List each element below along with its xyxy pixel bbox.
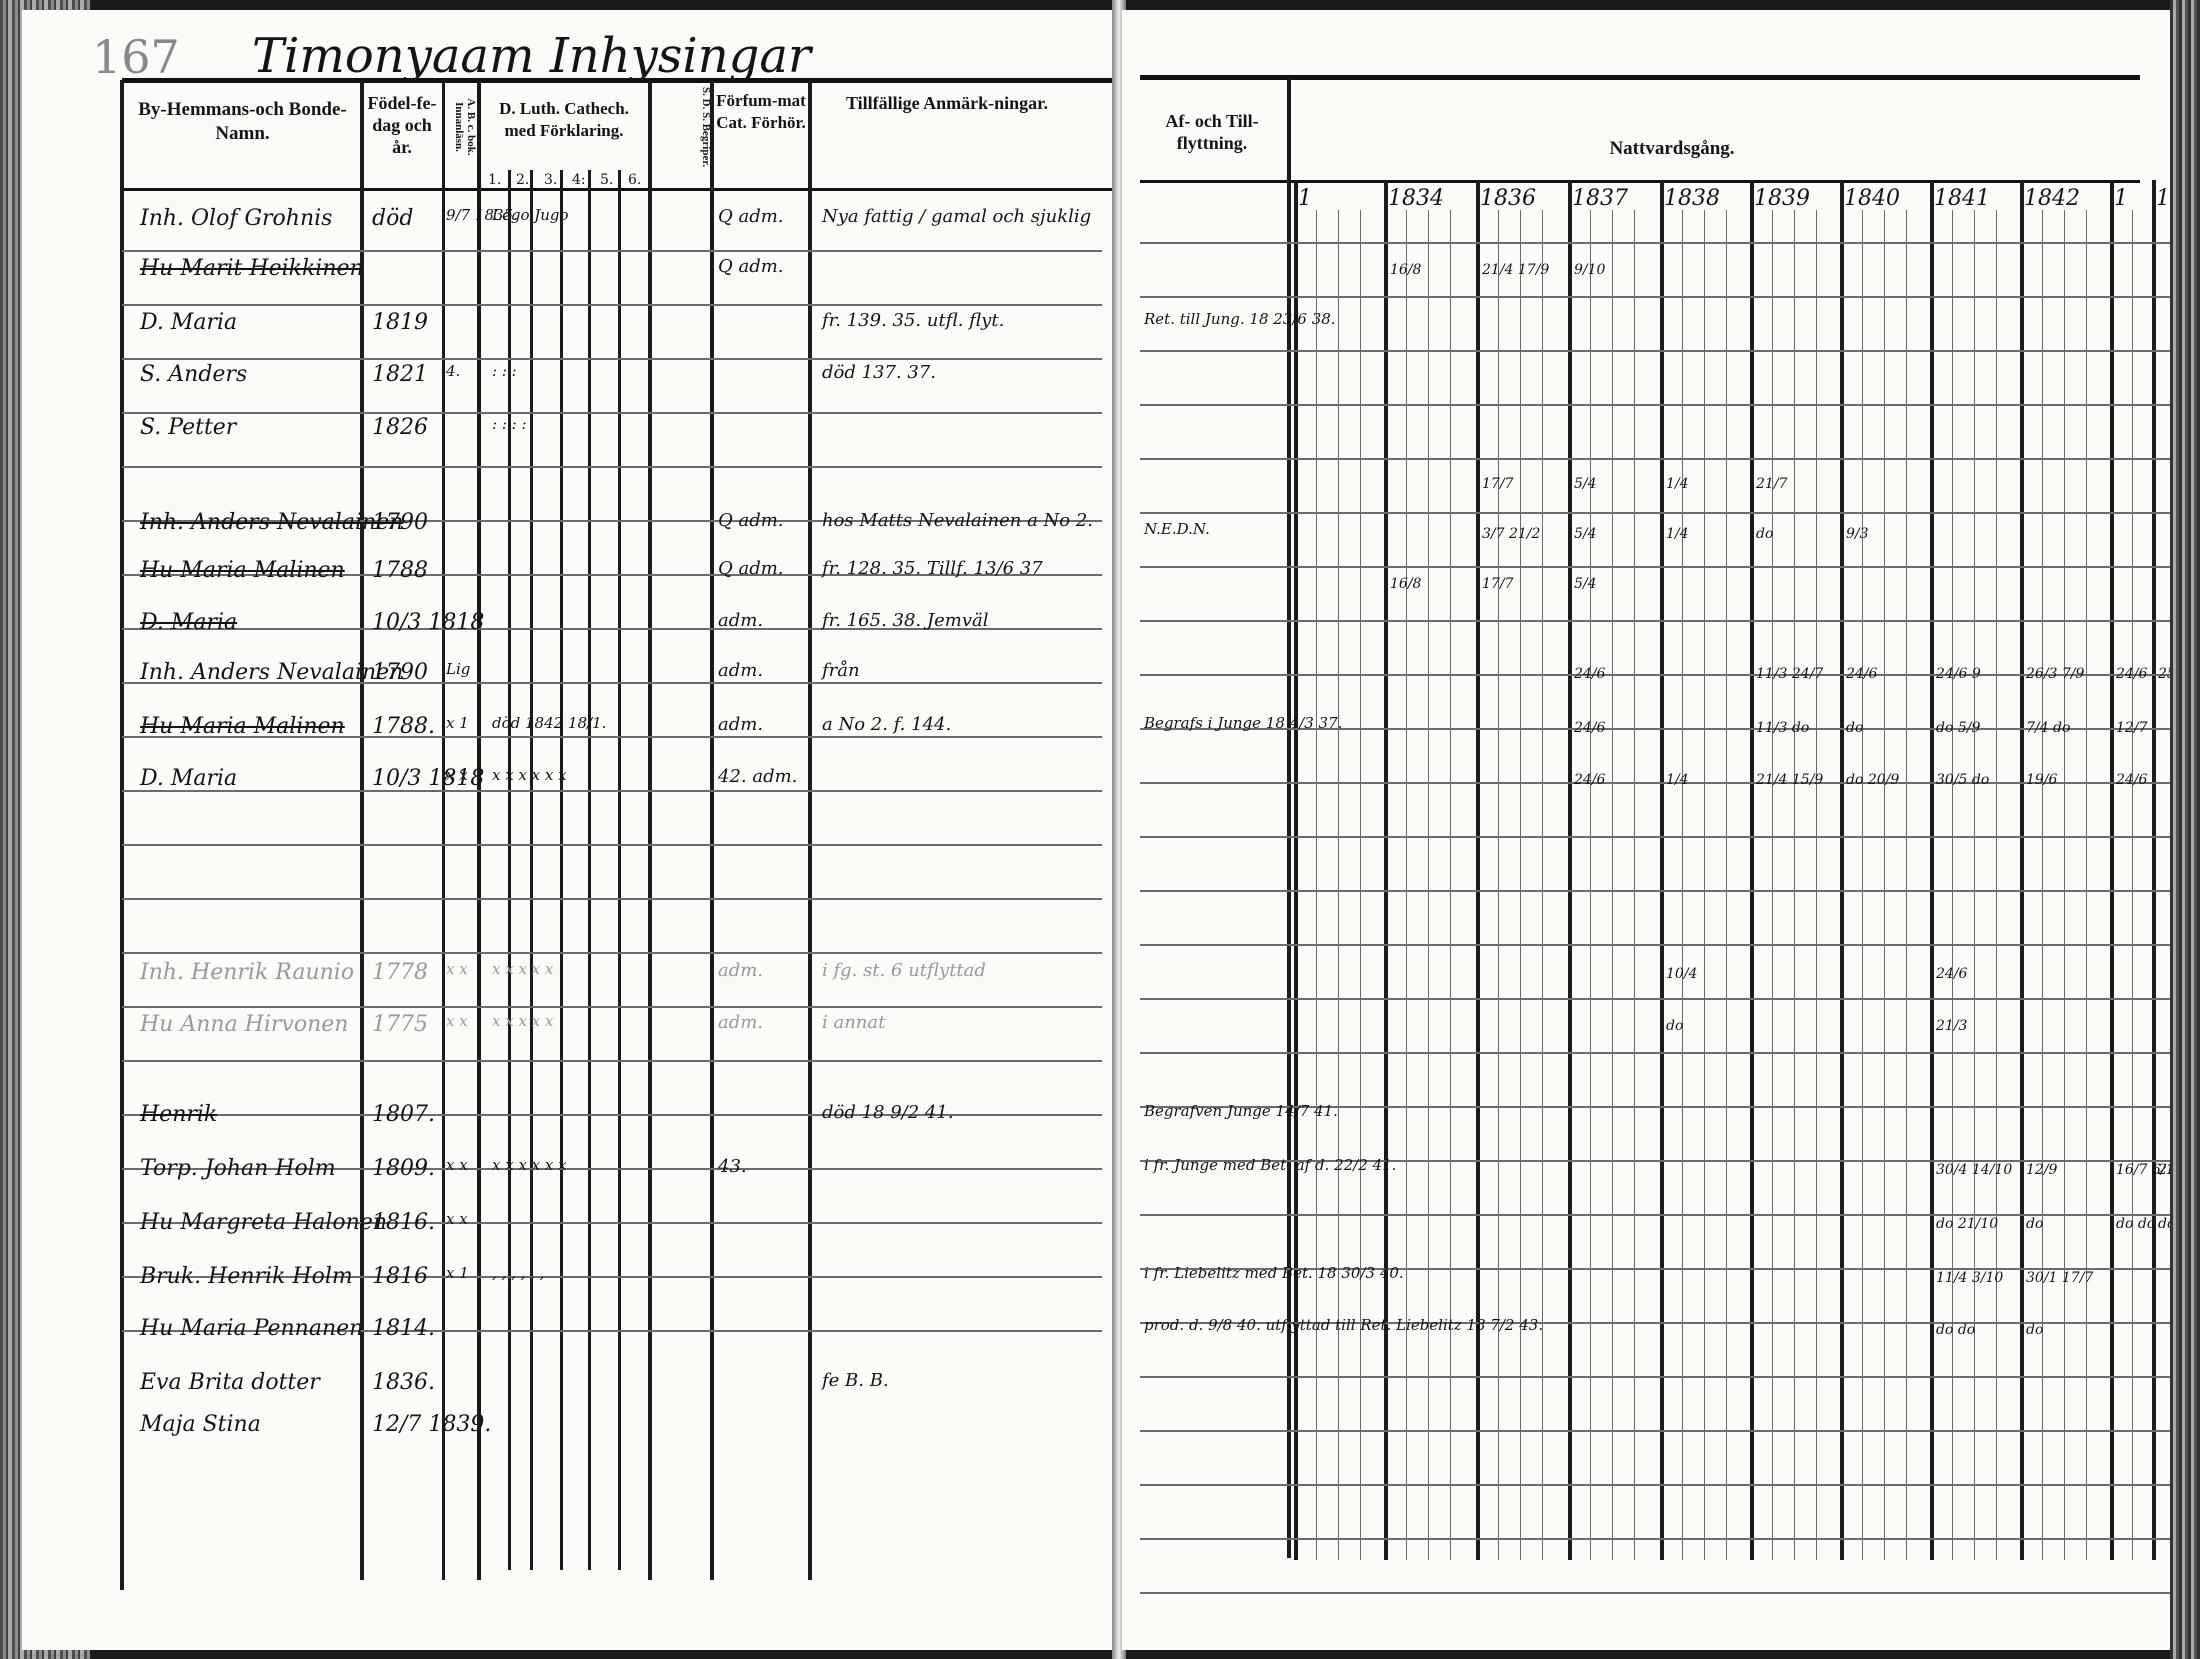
move-annotation: Begrafven Junge 14/7 41. (1144, 1102, 1338, 1120)
sub-column-rule (1974, 210, 1975, 1560)
catechism-subheader: 6. (628, 172, 641, 188)
abc-book-mark: Lig (446, 660, 470, 678)
catechism-marks: x x x x x (492, 960, 553, 978)
person-name: D. Maria (140, 310, 237, 335)
communion-date: 11/3 24/7 (1756, 666, 1823, 682)
col-line-cat5 (618, 170, 621, 1570)
remark-text: hos Matts Nevalainen a No 2. (822, 510, 1093, 531)
catechism-marks: x x x x x x (492, 1156, 567, 1174)
year-column-rule (1294, 180, 1298, 1560)
missed-exam-mark: Q adm. (718, 558, 784, 579)
sub-column-rule (1406, 210, 1407, 1560)
person-name: S. Anders (140, 362, 247, 387)
remark-text: i annat (822, 1012, 885, 1033)
row-rule (1140, 242, 2180, 244)
year-column-rule (1476, 180, 1480, 1560)
birth-year: 1816. (372, 1210, 435, 1235)
missed-exam-mark: 43. (718, 1156, 747, 1177)
birth-year: 1807. (372, 1102, 435, 1127)
missed-exam-mark: 42. adm. (718, 766, 797, 787)
remark-text: fr. 128. 35. Tillf. 13/6 37 (822, 558, 1043, 579)
header-top-rule (122, 78, 1112, 83)
communion-date: do (1666, 1018, 1683, 1034)
person-name: Hu Maria Malinen (140, 714, 345, 739)
row-rule (1140, 566, 2180, 568)
abc-book-mark: x x (446, 1012, 468, 1030)
register-title: Timonyaam Inhysingar (252, 28, 811, 84)
birth-year: 1788. (372, 714, 435, 739)
row-rule (1140, 458, 2180, 460)
col-line-cat2 (530, 170, 533, 1570)
sub-column-rule (1542, 210, 1543, 1560)
remark-text: död 18 9/2 41. (822, 1102, 954, 1123)
sub-column-rule (1772, 210, 1773, 1560)
catechism-marks: Lego Jugo (492, 206, 569, 224)
abc-book-mark: x x (446, 1210, 468, 1228)
sub-column-rule (1316, 210, 1317, 1560)
header-missed: Förfum-mat Cat. Förhör. (716, 90, 806, 134)
row-rule (1140, 1430, 2180, 1432)
row-rule (122, 844, 1102, 846)
header-sds: S. D. S. Begriper. (700, 82, 712, 172)
communion-date: 24/6 9 (1936, 666, 1981, 682)
communion-date: 24/6 (2116, 666, 2147, 682)
catechism-subheader: 1. (488, 172, 501, 188)
communion-date: 21/4 15/9 (1756, 772, 1823, 788)
communion-date: 30/1 17/7 (2026, 1270, 2093, 1286)
person-name: Hu Margreta Halonen (140, 1210, 387, 1235)
header-catechism: D. Luth. Cathech. med Förklaring. (484, 98, 644, 142)
communion-date: 24/6 (1846, 666, 1877, 682)
person-name: Eva Brita dotter (140, 1370, 320, 1395)
move-annotation: i fr. Liebelitz med Bet. 18 30/3 40. (1144, 1264, 1404, 1282)
person-name: Inh. Anders Nevalainen (140, 510, 403, 535)
birth-year: 1790 (372, 510, 428, 535)
left-page: 167 Timonyaam Inhysingar By-Hemmans-och … (22, 10, 1122, 1650)
missed-exam-mark: Q adm. (718, 256, 784, 277)
row-rule (1140, 1214, 2180, 1216)
communion-date: 21/7 (1756, 476, 1787, 492)
remark-text: fr. 139. 35. utfl. flyt. (822, 310, 1004, 331)
communion-date: 16/8 (1390, 576, 1421, 592)
abc-book-mark: 4. (446, 362, 460, 380)
col-line-moves-right (1287, 78, 1291, 1558)
missed-exam-mark: adm. (718, 714, 763, 735)
row-rule (122, 952, 1102, 954)
move-annotation: i fr. Junge med Bet. af d. 22/2 41. (1144, 1156, 1396, 1174)
abc-book-mark: x x (446, 1156, 468, 1174)
person-name: Inh. Henrik Raunio (140, 960, 354, 985)
catechism-marks: x x x x x (492, 1012, 553, 1030)
person-name: Henrik (140, 1102, 217, 1127)
sub-column-rule (2086, 210, 2087, 1560)
abc-book-mark: x 1 (446, 714, 469, 732)
col-line-cat4 (588, 170, 591, 1570)
remark-text: i fg. st. 6 utflyttad (822, 960, 986, 981)
person-name: D. Maria (140, 610, 237, 635)
birth-year: 1814. (372, 1316, 435, 1341)
sub-column-rule (1450, 210, 1451, 1560)
row-rule (122, 304, 1102, 306)
communion-date: 24/6 (1574, 772, 1605, 788)
sub-column-rule (1862, 210, 1863, 1560)
row-rule (1140, 350, 2180, 352)
row-rule (1140, 890, 2180, 892)
person-name: Hu Maria Pennanen (140, 1316, 363, 1341)
year-column-header: 1840 (1844, 186, 1900, 211)
communion-date: 9/10 (1574, 262, 1605, 278)
row-rule (1140, 998, 2180, 1000)
year-column-header: 1836 (1480, 186, 1536, 211)
communion-date: 30/5 do (1936, 772, 1989, 788)
year-column-header: 1841 (1934, 186, 1990, 211)
year-column-rule (1568, 180, 1572, 1560)
communion-date: 24/6 (2116, 772, 2147, 788)
communion-date: 1/4 (1666, 772, 1689, 788)
person-name: Inh. Olof Grohnis (140, 206, 332, 231)
row-rule (1140, 1376, 2180, 1378)
col-line-cat1 (508, 170, 511, 1570)
catechism-subheader: 4: (572, 172, 586, 188)
year-column-header: 1 (2114, 186, 2128, 211)
birth-year: 10/3 1818 (372, 610, 484, 635)
communion-date: do 21/10 (1936, 1216, 1998, 1232)
communion-date: 12/9 (2026, 1162, 2057, 1178)
birth-year: 1778 (372, 960, 428, 985)
row-rule (122, 1006, 1102, 1008)
row-rule (1140, 404, 2180, 406)
year-column-rule (2110, 180, 2114, 1560)
year-column-rule (2020, 180, 2024, 1560)
row-rule (1140, 782, 2180, 784)
page-number: 167 (92, 30, 180, 84)
birth-year: 1821 (372, 362, 428, 387)
catechism-marks: : : : (492, 362, 517, 380)
sub-column-rule (1590, 210, 1591, 1560)
sub-column-rule (2132, 210, 2133, 1560)
col-line-cat3 (560, 170, 563, 1570)
right-page: Af- och Till-flyttning. Nattvardsgång. 1… (1122, 10, 2182, 1650)
communion-date: 16/8 (1390, 262, 1421, 278)
sub-column-rule (1726, 210, 1727, 1560)
sub-column-rule (1996, 210, 1997, 1560)
sub-column-rule (1338, 210, 1339, 1560)
person-name: Inh. Anders Nevalainen (140, 660, 403, 685)
communion-date: 24/6 (1574, 720, 1605, 736)
sub-column-rule (1794, 210, 1795, 1560)
sub-column-rule (1612, 210, 1613, 1560)
catechism-marks: , , , , , , (492, 1264, 544, 1282)
header-moves: Af- och Till-flyttning. (1142, 110, 1282, 154)
communion-date: 24/6 (1936, 966, 1967, 982)
row-rule (1140, 620, 2180, 622)
catechism-subheader: 3. (544, 172, 557, 188)
missed-exam-mark: adm. (718, 960, 763, 981)
header-abc-book: A. B. c. bok. Innanläsn. (453, 82, 477, 172)
communion-date: do (1846, 720, 1863, 736)
year-column-header: 1839 (1754, 186, 1810, 211)
communion-date: 30/4 14/10 (1936, 1162, 2012, 1178)
move-annotation: prod. d. 9/8 40. utflyttad till Ret. Lie… (1144, 1316, 1543, 1334)
communion-date: 17/7 (1482, 476, 1513, 492)
remark-text: Nya fattig / gamal och sjuklig (822, 206, 1091, 227)
row-rule (1140, 1592, 2180, 1594)
remark-text: från (822, 660, 860, 681)
communion-date: 3/7 21/2 (1482, 526, 1540, 542)
communion-date: 1/4 (1666, 526, 1689, 542)
row-rule (122, 466, 1102, 468)
row-rule (1140, 944, 2180, 946)
communion-date: 11/4 3/10 (1936, 1270, 2003, 1286)
person-name: D. Maria (140, 766, 237, 791)
year-column-header: 1 (2156, 186, 2170, 211)
row-rule (122, 1114, 1102, 1116)
person-name: Hu Anna Hirvonen (140, 1012, 348, 1037)
header-communion: Nattvardsgång. (1522, 138, 1822, 160)
birth-year: 12/7 1839. (372, 1412, 491, 1437)
move-annotation: N.E.D.N. (1144, 520, 1210, 538)
row-rule (1140, 512, 2180, 514)
year-column-rule (1840, 180, 1844, 1560)
communion-date: do do (1936, 1322, 1975, 1338)
communion-date: 19/6 (2026, 772, 2057, 788)
book-edge-right (2170, 0, 2200, 1659)
header-remarks: Tillfällige Anmärk-ningar. (822, 92, 1072, 114)
remark-text: a No 2. f. 144. (822, 714, 951, 735)
abc-book-mark: x 1 (446, 1264, 469, 1282)
catechism-marks: : : : : (492, 415, 527, 433)
sub-column-rule (1498, 210, 1499, 1560)
abc-book-mark: x x (446, 960, 468, 978)
sub-column-rule (2042, 210, 2043, 1560)
birth-year: 1775 (372, 1012, 428, 1037)
communion-date: 7/4 do (2026, 720, 2070, 736)
sub-column-rule (1634, 210, 1635, 1560)
communion-date: 11/3 do (1756, 720, 1809, 736)
sub-column-rule (1816, 210, 1817, 1560)
missed-exam-mark: adm. (718, 610, 763, 631)
header-birth: Födel-fe-dag och år. (367, 92, 437, 158)
communion-date: do (1756, 526, 1773, 542)
person-name: Torp. Johan Holm (140, 1156, 336, 1181)
row-rule (122, 250, 1102, 252)
birth-year: 1809. (372, 1156, 435, 1181)
row-rule (1140, 836, 2180, 838)
sub-column-rule (1906, 210, 1907, 1560)
catechism-subheader: 2. (516, 172, 529, 188)
birth-year: 1788 (372, 558, 428, 583)
col-line-name-left (120, 80, 124, 1590)
row-rule (1140, 674, 2180, 676)
birth-year: död (372, 206, 413, 231)
birth-year: 1836. (372, 1370, 435, 1395)
communion-date: 9/3 (1846, 526, 1869, 542)
row-rule (1140, 296, 2180, 298)
year-column-header: 1842 (2024, 186, 2080, 211)
row-rule (122, 790, 1102, 792)
sub-column-rule (1428, 210, 1429, 1560)
year-column-header: 1837 (1572, 186, 1628, 211)
sub-column-rule (1520, 210, 1521, 1560)
year-column-rule (1660, 180, 1664, 1560)
birth-year: 1826 (372, 415, 428, 440)
missed-exam-mark: adm. (718, 1012, 763, 1033)
row-rule (1140, 1538, 2180, 1540)
sub-column-rule (1360, 210, 1361, 1560)
missed-exam-mark: adm. (718, 660, 763, 681)
year-column-rule (2152, 180, 2156, 1560)
row-rule (122, 1060, 1102, 1062)
row-rule (1140, 1052, 2180, 1054)
header-name: By-Hemmans-och Bonde-Namn. (130, 98, 355, 146)
birth-year: 1790 (372, 660, 428, 685)
row-rule (122, 358, 1102, 360)
communion-date: 1/4 (1666, 476, 1689, 492)
row-rule (122, 412, 1102, 414)
catechism-marks: x x x x x x (492, 766, 567, 784)
person-name: Hu Marit Heikkinen (140, 256, 364, 281)
sub-column-rule (1704, 210, 1705, 1560)
communion-date: 5/4 (1574, 526, 1597, 542)
communion-date: do (2026, 1322, 2043, 1338)
communion-date: do 20/9 (1846, 772, 1899, 788)
missed-exam-mark: Q adm. (718, 206, 784, 227)
communion-date: do 5/9 (1936, 720, 1980, 736)
year-column-header: 1834 (1388, 186, 1444, 211)
communion-date: do do (2116, 1216, 2155, 1232)
remark-text: död 137. 37. (822, 362, 936, 383)
communion-date: 5/4 (1574, 576, 1597, 592)
header-bottom-rule (122, 188, 1112, 191)
person-name: S. Petter (140, 415, 236, 440)
communion-date: 21/4 17/9 (1482, 262, 1549, 278)
communion-date: 17/7 (1482, 576, 1513, 592)
move-annotation: Ret. till Jung. 18 23/6 38. (1144, 310, 1336, 328)
year-column-header: 1 (1298, 186, 1312, 211)
sub-column-rule (1682, 210, 1683, 1560)
year-column-rule (1384, 180, 1388, 1560)
row-rule (1140, 1484, 2180, 1486)
birth-year: 1819 (372, 310, 428, 335)
person-name: Bruk. Henrik Holm (140, 1264, 353, 1289)
communion-date: 5/4 (1574, 476, 1597, 492)
catechism-subheader: 5. (600, 172, 613, 188)
communion-date: 10/4 (1666, 966, 1697, 982)
sub-column-rule (1884, 210, 1885, 1560)
communion-date: 12/7 (2116, 720, 2147, 736)
abc-book-mark: x x (446, 766, 468, 784)
sub-column-rule (1952, 210, 1953, 1560)
year-column-rule (1930, 180, 1934, 1560)
person-name: Hu Maria Malinen (140, 558, 345, 583)
remark-text: fr. 165. 38. Jemväl (822, 610, 988, 631)
remark-text: fe B. B. (822, 1370, 889, 1391)
communion-date: 21/3 (1936, 1018, 1967, 1034)
communion-date: do (2026, 1216, 2043, 1232)
year-column-header: 1838 (1664, 186, 1720, 211)
year-column-rule (1750, 180, 1754, 1560)
sub-column-rule (2064, 210, 2065, 1560)
communion-date: 24/6 (1574, 666, 1605, 682)
missed-exam-mark: Q adm. (718, 510, 784, 531)
move-annotation: Begrafs i Junge 18 4/3 37. (1144, 714, 1342, 732)
communion-date: 26/3 7/9 (2026, 666, 2084, 682)
person-name: Maja Stina (140, 1412, 261, 1437)
catechism-marks: död 1842 18/1. (492, 714, 606, 732)
birth-year: 1816 (372, 1264, 428, 1289)
row-rule (122, 898, 1102, 900)
